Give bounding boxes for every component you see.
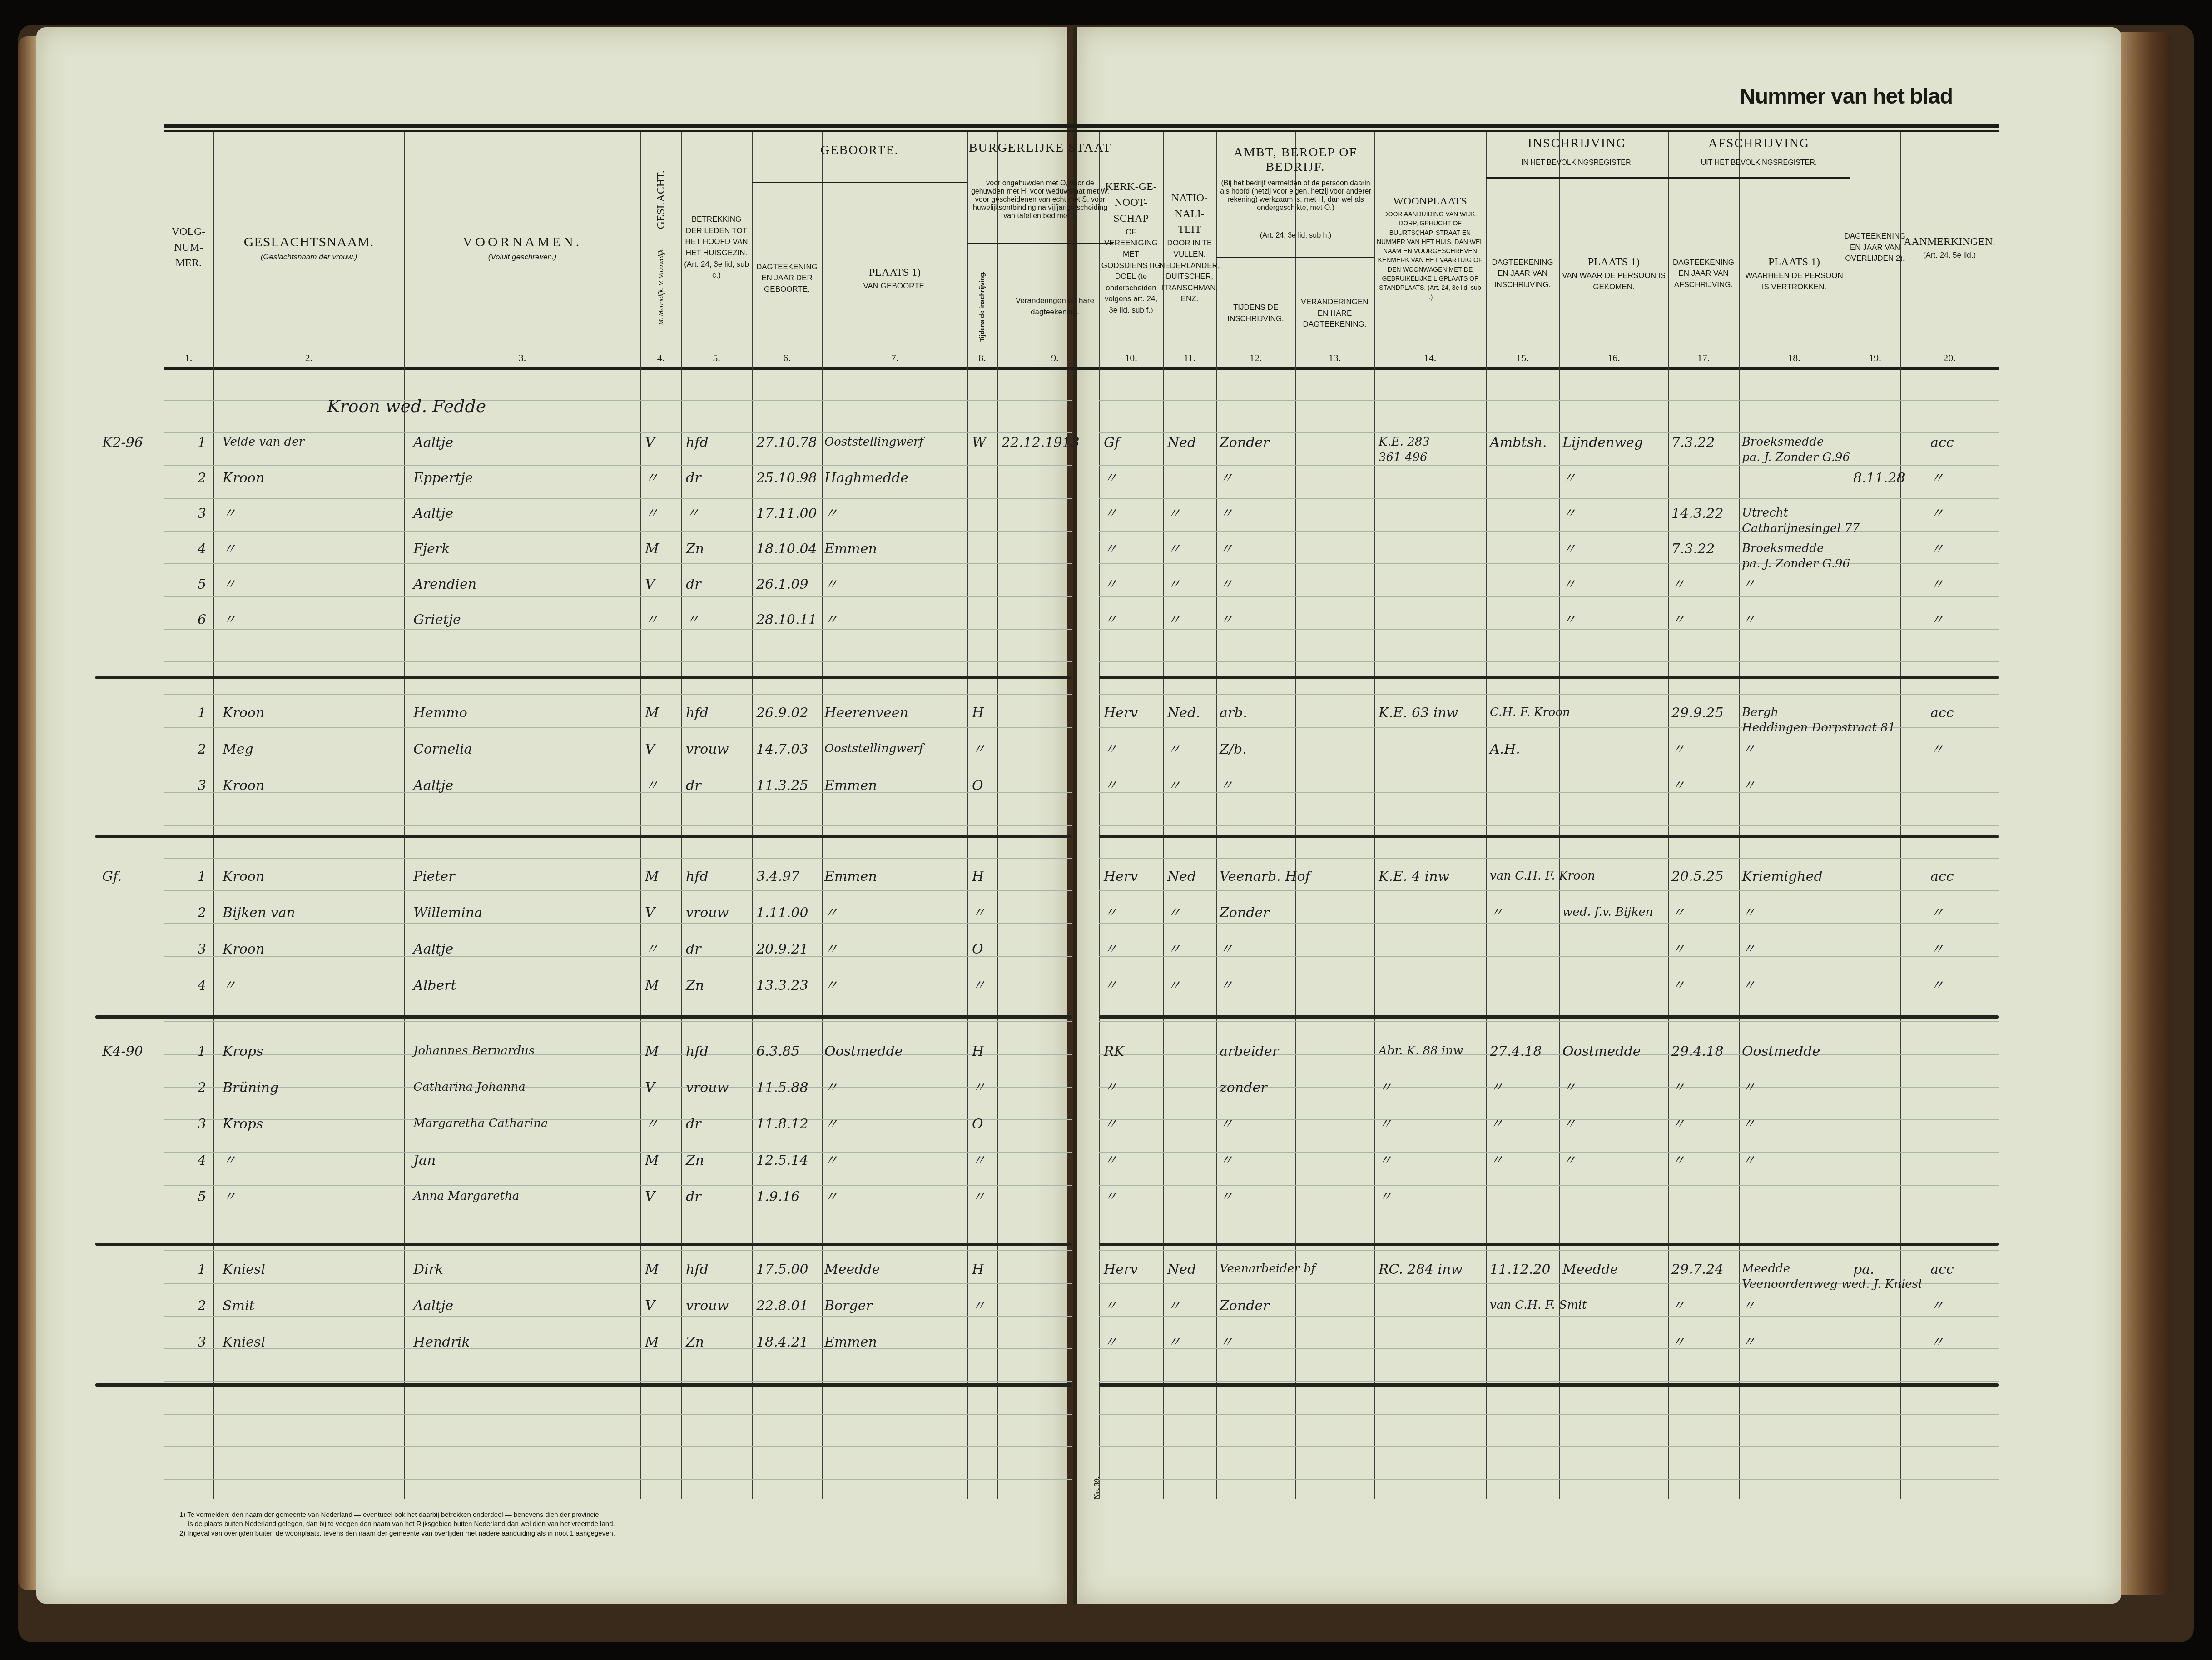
- ruling-line: [164, 432, 1072, 433]
- cell-civil: 〃: [972, 1299, 986, 1313]
- cell-surname: Kniesl: [223, 1263, 265, 1277]
- cell-sex: M: [645, 706, 659, 720]
- cell-job: 〃: [1220, 578, 1233, 591]
- page-title: Nummer van het blad: [1740, 84, 1953, 109]
- afschrijving-sub: UIT HET BEVOLKINGSREGISTER.: [1668, 159, 1850, 167]
- ruling-line: [164, 1414, 1072, 1415]
- cell-church: Herv: [1104, 870, 1138, 884]
- cell-out_date: 〃: [1671, 906, 1685, 920]
- ruling-line: [164, 531, 1072, 532]
- cell-given: Anna Margaretha: [413, 1190, 519, 1202]
- cell-civil: O: [972, 943, 983, 956]
- cell-in_place: 〃: [1562, 542, 1576, 556]
- column-header-19: DAGTEEKENING EN JAAR VAN OVERLIJDEN 2).: [1850, 129, 1900, 366]
- cell-surname: 〃: [223, 542, 236, 556]
- ruling-line: [164, 1446, 1072, 1447]
- cell-surname: Smit: [223, 1299, 255, 1313]
- cell-church: Herv: [1104, 1263, 1138, 1277]
- column-number: 11.: [1163, 352, 1216, 364]
- column-header-12: TIJDENS DE INSCHRIJVING.: [1216, 261, 1295, 366]
- member-number: 3: [198, 943, 206, 956]
- cell-in_date: A.H.: [1490, 743, 1520, 756]
- cell-church: 〃: [1104, 613, 1117, 627]
- cell-sex: V: [645, 906, 655, 920]
- household-separator: [1099, 1383, 1999, 1387]
- cell-rel: vrouw: [686, 1081, 729, 1095]
- cell-church: 〃: [1104, 472, 1117, 485]
- cell-rel: 〃: [686, 613, 699, 627]
- cell-rel: dr: [686, 1190, 701, 1204]
- cell-in_place: Meedde: [1562, 1263, 1618, 1277]
- cell-out_place-cont: pa. J. Zonder G.96: [1742, 558, 1850, 570]
- ruling-line: [164, 1381, 1072, 1382]
- cell-sex: 〃: [645, 507, 659, 521]
- cell-place: 〃: [824, 943, 838, 956]
- household-reference: K4-90: [102, 1045, 143, 1059]
- cell-rel: dr: [686, 779, 701, 793]
- cell-place: 〃: [824, 1190, 838, 1204]
- ruling-line: [1099, 465, 1999, 466]
- cell-rel: Zn: [686, 1336, 704, 1349]
- cell-born: 20.9.21: [756, 943, 808, 956]
- cell-sex: 〃: [645, 1118, 659, 1131]
- cell-given: Grietje: [413, 613, 461, 627]
- cell-surname: 〃: [223, 578, 236, 591]
- cell-church: 〃: [1104, 578, 1117, 591]
- cell-sex: V: [645, 436, 655, 450]
- group-burgerlijke-staat: BURGERLIJKE STAAT: [967, 141, 1113, 155]
- column-number: 4.: [640, 352, 681, 364]
- cell-out_date: 〃: [1671, 743, 1685, 756]
- cell-note: 〃: [1930, 979, 1944, 993]
- household-reference: Gf.: [102, 870, 122, 884]
- cell-home-cont: 361 496: [1379, 452, 1428, 463]
- cell-born: 25.10.98: [756, 472, 817, 485]
- cell-in_place: 〃: [1562, 578, 1576, 591]
- household-separator: [95, 835, 1072, 838]
- cell-job: arb.: [1220, 706, 1247, 720]
- cell-surname: 〃: [223, 1190, 236, 1204]
- column-number: 16.: [1559, 352, 1668, 364]
- column-header-11: NATIO-NALI-TEITDOOR IN TE VULLEN: NEDERL…: [1163, 129, 1216, 366]
- cell-home: K.E. 283: [1379, 436, 1430, 448]
- ruling-line: [164, 858, 1072, 859]
- cell-church: 〃: [1104, 507, 1117, 521]
- burgerlijke-staat-note: voor ongehuwden met O, voor de gehuwden …: [970, 179, 1111, 220]
- cell-note: 〃: [1930, 906, 1944, 920]
- cell-job: arbeider: [1220, 1045, 1279, 1059]
- cell-nat: 〃: [1167, 1336, 1181, 1349]
- household-separator: [1099, 1243, 1999, 1246]
- cell-surname: Kniesl: [223, 1336, 265, 1349]
- header-top-rule: [164, 124, 1999, 128]
- household-separator: [1099, 835, 1999, 838]
- cell-rel: Zn: [686, 1154, 704, 1168]
- cell-in_date: 〃: [1490, 1081, 1503, 1095]
- cell-out_date: 〃: [1671, 1154, 1685, 1168]
- cell-note: 〃: [1930, 507, 1944, 521]
- cell-given: Willemina: [413, 906, 482, 920]
- cell-sex: 〃: [645, 779, 659, 793]
- cell-in_date: 〃: [1490, 1154, 1503, 1168]
- cell-in_place: 〃: [1562, 613, 1576, 627]
- column-header-7: PLAATS 1)VAN GEBOORTE.: [822, 191, 967, 366]
- cell-church: Herv: [1104, 706, 1138, 720]
- cell-place: Emmen: [824, 1336, 877, 1349]
- cell-out_place: Broeksmedde: [1742, 436, 1824, 448]
- cell-sex: M: [645, 1154, 659, 1168]
- ruling-line: [164, 760, 1072, 760]
- cell-born: 18.10.04: [756, 542, 817, 556]
- cell-nat: 〃: [1167, 507, 1181, 521]
- cell-sex: M: [645, 1263, 659, 1277]
- household-separator: [95, 1015, 1072, 1019]
- member-number: 5: [198, 1190, 206, 1204]
- cell-note: 〃: [1930, 472, 1944, 485]
- column-header-2: GESLACHTSNAAM.(Geslachtsnaam der vrouw.): [213, 129, 404, 366]
- cell-place: Haghmedde: [824, 472, 908, 485]
- member-number: 1: [198, 706, 206, 720]
- ambt-note: (Bij het bedrijf vermelden of de persoon…: [1220, 179, 1372, 212]
- ruling-line: [164, 1479, 1072, 1480]
- ruling-line: [164, 1185, 1072, 1186]
- cell-out_date: 29.4.18: [1671, 1045, 1724, 1059]
- cell-surname: 〃: [223, 507, 236, 521]
- cell-in_date: 27.4.18: [1490, 1045, 1542, 1059]
- cell-sex: V: [645, 1190, 655, 1204]
- ruling-line: [1099, 694, 1999, 695]
- cell-job: 〃: [1220, 542, 1233, 556]
- cell-note: acc: [1930, 706, 1954, 720]
- cell-note: 〃: [1930, 743, 1944, 756]
- cell-home: 〃: [1379, 1154, 1392, 1168]
- column-number: 3.: [404, 352, 640, 364]
- group-afschrijving: AFSCHRIJVING: [1668, 136, 1850, 151]
- cell-given: Dirk: [413, 1263, 443, 1277]
- member-number: 1: [198, 1045, 206, 1059]
- cell-note: acc: [1930, 870, 1954, 884]
- cell-nat: Ned: [1167, 1263, 1196, 1277]
- cell-rel: vrouw: [686, 1299, 729, 1313]
- column-number: 9.: [997, 352, 1113, 364]
- cell-civil: O: [972, 1118, 983, 1131]
- cell-note: 〃: [1930, 1299, 1944, 1313]
- cell-out_place: 〃: [1742, 779, 1756, 793]
- cell-church: 〃: [1104, 743, 1117, 756]
- cell-home: 〃: [1379, 1190, 1392, 1204]
- cell-nat: 〃: [1167, 979, 1181, 993]
- group-geboorte: GEBOORTE.: [752, 143, 967, 158]
- column-header-4: GESLACHT.M. Mannelijk. V. Vrouwelijk.: [640, 129, 681, 366]
- cell-born: 1.11.00: [756, 906, 808, 920]
- group-rule: [1216, 257, 1374, 258]
- cell-place: Borger: [824, 1299, 873, 1313]
- cell-in_place: 〃: [1562, 472, 1576, 485]
- cell-civil: H: [972, 870, 984, 884]
- column-header-14: WOONPLAATSDOOR AANDUIDING VAN WIJK, DORP…: [1374, 129, 1486, 366]
- cell-out_place: 〃: [1742, 979, 1756, 993]
- cell-rel: vrouw: [686, 906, 729, 920]
- cell-sex: M: [645, 542, 659, 556]
- ruling-line: [164, 1348, 1072, 1349]
- ruling-line: [1099, 1152, 1999, 1153]
- cell-out_place: 〃: [1742, 1118, 1756, 1131]
- member-number: 2: [198, 1299, 206, 1313]
- cell-out_date: 〃: [1671, 1299, 1685, 1313]
- cell-born: 27.10.78: [756, 436, 817, 450]
- inschrijving-sub: IN HET BEVOLKINGSREGISTER.: [1486, 159, 1668, 167]
- cell-in_place: Oostmedde: [1562, 1045, 1641, 1059]
- cell-out_date: 〃: [1671, 1118, 1685, 1131]
- cell-civil: 〃: [972, 1154, 986, 1168]
- cell-out_date: 〃: [1671, 1336, 1685, 1349]
- cell-given: Jan: [413, 1154, 436, 1168]
- cell-given: Arendien: [413, 578, 476, 591]
- household-separator: [95, 1383, 1072, 1387]
- cell-rel: hfd: [686, 436, 709, 450]
- cell-born: 6.3.85: [756, 1045, 799, 1059]
- cell-job: 〃: [1220, 943, 1233, 956]
- household-separator: [95, 676, 1072, 679]
- ambt-art: (Art. 24, 3e lid, sub h.): [1220, 232, 1372, 240]
- cell-out_date: 29.7.24: [1671, 1263, 1724, 1277]
- cell-place: Oostmedde: [824, 1045, 903, 1059]
- cell-given: Catharina Johanna: [413, 1081, 526, 1093]
- column-header-9: Veranderingen en hare dagteekening.: [997, 248, 1113, 366]
- cell-place: Ooststellingwerf: [824, 436, 923, 448]
- column-number: 6.: [752, 352, 822, 364]
- cell-nat: 〃: [1167, 542, 1181, 556]
- cell-home: 〃: [1379, 1118, 1392, 1131]
- cell-out_place: Oostmedde: [1742, 1045, 1820, 1059]
- footnote-2: 2) Ingeval van overlijden buiten de woon…: [179, 1529, 615, 1538]
- ruling-line: [164, 1119, 1072, 1120]
- cell-note: 〃: [1930, 613, 1944, 627]
- cell-civil: 〃: [972, 1190, 986, 1204]
- cell-place: 〃: [824, 1081, 838, 1095]
- cell-out_place: Utrecht: [1742, 507, 1788, 519]
- cell-job: 〃: [1220, 613, 1233, 627]
- ruling-line: [1099, 792, 1999, 793]
- cell-given: Eppertje: [413, 472, 473, 485]
- cell-rel: hfd: [686, 1263, 709, 1277]
- member-number: 3: [198, 507, 206, 521]
- cell-church: 〃: [1104, 1118, 1117, 1131]
- cell-place: Emmen: [824, 779, 877, 793]
- cell-in_place: 〃: [1562, 1081, 1576, 1095]
- ruling-line: [164, 1152, 1072, 1153]
- cell-rel: hfd: [686, 706, 709, 720]
- cell-out_date: 〃: [1671, 943, 1685, 956]
- ruling-line: [164, 498, 1072, 499]
- cell-in_date: van C.H. F. Kroon: [1490, 870, 1595, 882]
- cell-home: 〃: [1379, 1081, 1392, 1095]
- cell-surname: Kroon: [223, 779, 264, 793]
- cell-born: 12.5.14: [756, 1154, 808, 1168]
- cell-civil: 〃: [972, 906, 986, 920]
- cell-note: acc: [1930, 1263, 1954, 1277]
- cell-given: Johannes Bernardus: [413, 1045, 535, 1057]
- member-number: 3: [198, 779, 206, 793]
- cell-given: Aaltje: [413, 943, 453, 956]
- column-header-18: PLAATS 1)WAARHEEN DE PERSOON IS VERTROKK…: [1739, 182, 1850, 366]
- cell-nat: 〃: [1167, 906, 1181, 920]
- ruling-line: [164, 956, 1072, 957]
- cell-rel: dr: [686, 943, 701, 956]
- cell-in_date: 〃: [1490, 1118, 1503, 1131]
- cell-rel: dr: [686, 578, 701, 591]
- ruling-line: [1099, 432, 1999, 433]
- cell-place: 〃: [824, 507, 838, 521]
- cell-nat: 〃: [1167, 779, 1181, 793]
- cell-sex: 〃: [645, 472, 659, 485]
- cell-in_date: Ambtsh.: [1490, 436, 1547, 450]
- cell-born: 11.3.25: [756, 779, 808, 793]
- cell-note: 〃: [1930, 1336, 1944, 1349]
- cell-nat: 〃: [1167, 943, 1181, 956]
- ruling-line: [164, 400, 1072, 401]
- cell-rel: 〃: [686, 507, 699, 521]
- group-rule: [752, 182, 967, 183]
- ruling-line: [164, 1218, 1072, 1218]
- cell-given: Aaltje: [413, 1299, 453, 1313]
- header-bottom-rule: [164, 367, 1999, 370]
- ruling-line: [164, 890, 1072, 891]
- cell-nat: Ned: [1167, 870, 1196, 884]
- cell-sex: V: [645, 1299, 655, 1313]
- ruling-line: [1099, 1021, 1999, 1022]
- ruling-line: [1099, 1185, 1999, 1186]
- cell-in_place: 〃: [1562, 1118, 1576, 1131]
- cell-in_date: C.H. F. Kroon: [1490, 706, 1570, 718]
- column-header-8: Tijdens de inschrijving.: [967, 248, 997, 366]
- column-header-5: BETREKKING DER LEDEN TOT HET HOOFD VAN H…: [681, 129, 752, 366]
- column-number: 10.: [1099, 352, 1163, 364]
- cell-sex: M: [645, 1336, 659, 1349]
- cell-job: Zonder: [1220, 436, 1270, 450]
- cell-note: 〃: [1930, 943, 1944, 956]
- cell-born: 3.4.97: [756, 870, 799, 884]
- ruling-line: [1099, 1414, 1999, 1415]
- ruling-line: [164, 825, 1072, 826]
- ruling-line: [164, 1316, 1072, 1317]
- cell-out_place: 〃: [1742, 1081, 1756, 1095]
- ruling-line: [164, 989, 1072, 989]
- household-separator: [95, 1243, 1072, 1246]
- ruling-line: [164, 792, 1072, 793]
- cell-place: 〃: [824, 979, 838, 993]
- cell-rel: hfd: [686, 870, 709, 884]
- ruling-line: [1099, 498, 1999, 499]
- column-number: 5.: [681, 352, 752, 364]
- cell-home: Abr. K. 88 inw: [1379, 1045, 1463, 1057]
- cell-job: 〃: [1220, 979, 1233, 993]
- column-header-20: AANMERKINGEN.(Art. 24, 5e lid.): [1900, 129, 1999, 366]
- cell-born: 26.9.02: [756, 706, 808, 720]
- cell-church: 〃: [1104, 1190, 1117, 1204]
- cell-rel: dr: [686, 472, 701, 485]
- cell-job: 〃: [1220, 507, 1233, 521]
- column-header-15: DAGTEEKENING EN JAAR VAN INSCHRIJVING.: [1486, 182, 1559, 366]
- cell-out_place-cont: pa. J. Zonder G.96: [1742, 452, 1850, 463]
- column-number: 13.: [1295, 352, 1374, 364]
- ruling-line: [1099, 1119, 1999, 1120]
- cell-out_date: 〃: [1671, 1081, 1685, 1095]
- cell-in_date: van C.H. F. Smit: [1490, 1299, 1587, 1311]
- column-number: 18.: [1739, 352, 1850, 364]
- cell-church: 〃: [1104, 1299, 1117, 1313]
- cell-out_date: 〃: [1671, 779, 1685, 793]
- cell-born: 11.8.12: [756, 1118, 808, 1131]
- cell-surname: Kroon: [223, 870, 264, 884]
- cell-civil: 〃: [972, 1081, 986, 1095]
- cell-death: pa.: [1853, 1263, 1875, 1277]
- cell-sex: V: [645, 578, 655, 591]
- ruling-line: [1099, 1250, 1999, 1251]
- cell-sex: V: [645, 743, 655, 756]
- column-header-10: KERK-GE-NOOT-SCHAPOF VEREENIGING MET GOD…: [1099, 129, 1163, 366]
- cell-out_date: 〃: [1671, 979, 1685, 993]
- cell-surname: Brüning: [223, 1081, 278, 1095]
- member-number: 6: [198, 613, 206, 627]
- cell-home: K.E. 4 inw: [1379, 870, 1449, 884]
- column-number: 17.: [1668, 352, 1739, 364]
- cell-place: 〃: [824, 613, 838, 627]
- cell-out_date: 7.3.22: [1671, 542, 1715, 556]
- cell-surname: 〃: [223, 979, 236, 993]
- cell-church: 〃: [1104, 1336, 1117, 1349]
- cell-church: 〃: [1104, 979, 1117, 993]
- cell-church: 〃: [1104, 779, 1117, 793]
- cell-out_place: Meedde: [1742, 1263, 1790, 1275]
- cell-civil: O: [972, 779, 983, 793]
- cell-born: 18.4.21: [756, 1336, 808, 1349]
- column-number: 2.: [213, 352, 404, 364]
- cell-in_place: Lijndenweg: [1562, 436, 1643, 450]
- ruling-line: [164, 727, 1072, 728]
- cell-job: Zonder: [1220, 906, 1270, 920]
- cell-born: 11.5.88: [756, 1081, 808, 1095]
- member-number: 2: [198, 743, 206, 756]
- ruling-line: [1099, 1218, 1999, 1218]
- cell-born: 22.8.01: [756, 1299, 808, 1313]
- cell-place: 〃: [824, 1154, 838, 1168]
- cell-surname: Krops: [223, 1118, 263, 1131]
- cell-out_date: 〃: [1671, 578, 1685, 591]
- cell-job: Zonder: [1220, 1299, 1270, 1313]
- cell-job: Z/b.: [1220, 743, 1247, 756]
- cell-out_place-cont: Veenoordenweg wed. J. Kniesl: [1742, 1278, 1922, 1290]
- cell-civil: 〃: [972, 743, 986, 756]
- column-header-13: VERANDERINGEN EN HARE DAGTEEKENING.: [1295, 261, 1374, 366]
- cell-out_place: 〃: [1742, 578, 1756, 591]
- cell-given: Margaretha Catharina: [413, 1118, 548, 1129]
- cell-surname: Bijken van: [223, 906, 295, 920]
- cell-surname: Kroon: [223, 472, 264, 485]
- cell-note: 〃: [1930, 578, 1944, 591]
- cell-job: 〃: [1220, 1118, 1233, 1131]
- cell-home: RC. 284 inw: [1379, 1263, 1463, 1277]
- cell-job: zonder: [1220, 1081, 1267, 1095]
- cell-place: 〃: [824, 578, 838, 591]
- cell-church: 〃: [1104, 542, 1117, 556]
- cell-civil: H: [972, 1045, 984, 1059]
- cell-born: 26.1.09: [756, 578, 808, 591]
- ruling-line: [1099, 923, 1999, 924]
- cell-given: Albert: [413, 979, 456, 993]
- cell-place: Emmen: [824, 542, 877, 556]
- cell-out_place: 〃: [1742, 906, 1756, 920]
